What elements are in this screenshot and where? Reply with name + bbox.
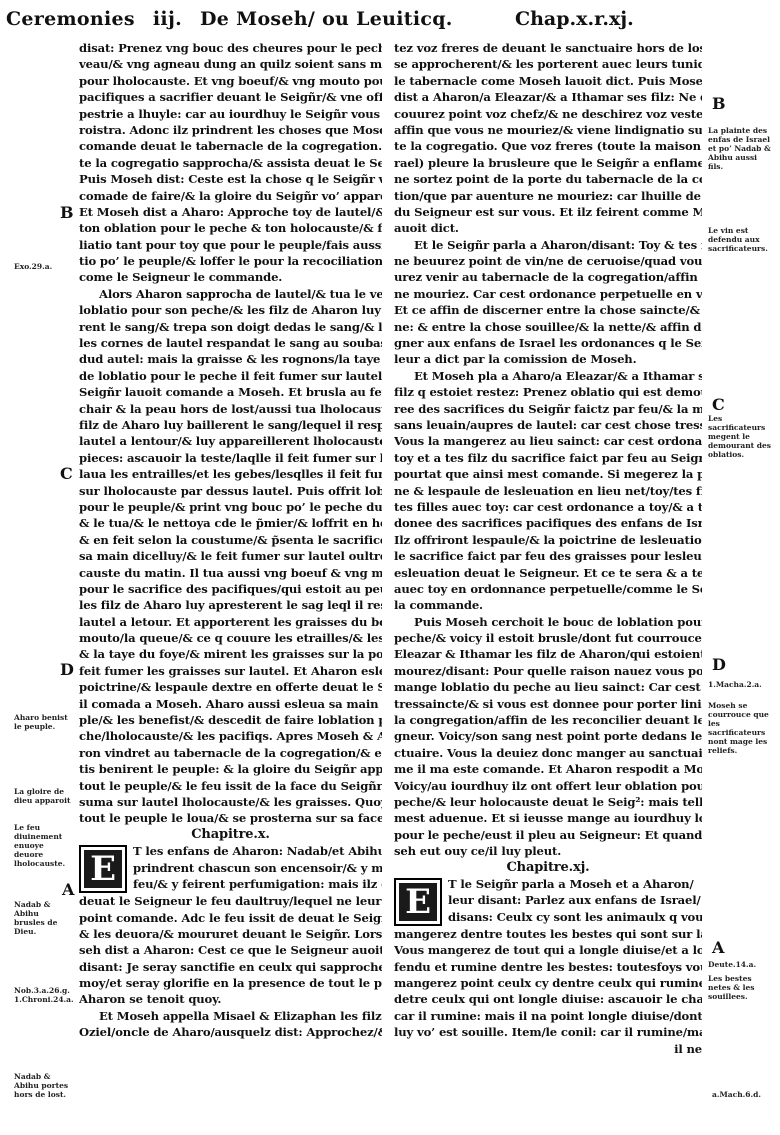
text-line: le tabernacle come Moseh lauoit dict. Pu… — [394, 73, 702, 89]
text-line: filz de Aharo luy baillerent le sang/leq… — [79, 417, 382, 433]
text-line: causte du matin. Il tua aussi vng boeuf … — [79, 565, 382, 581]
text-line: liatio tant pour toy que pour le peuple/… — [79, 237, 382, 253]
text-line: tion/que par auenture ne mouriez: car lh… — [394, 188, 702, 204]
text-line: ree des sacrifices du Seigñr faictz par… — [394, 401, 702, 417]
book-title: Ceremonies — [6, 8, 135, 30]
text-line: tressaincte/& si vous est donnee pour po… — [394, 696, 702, 712]
margin-note-aaron-blesses: Aharo benist le peuple. — [14, 713, 70, 731]
text-line: il comada a Moseh. Aharo aussi esleua sa… — [79, 696, 382, 712]
dropcap-paragraph: ET le Seigñr parla a Moseh et a Aharon/… — [394, 876, 702, 926]
section-marker-a-left: A — [62, 882, 74, 898]
text-line: disant: Je seray sanctifie en ceulx qui … — [79, 959, 382, 975]
margin-note-wine-forbidden: Le vin est defendu aux sacrificateurs. — [708, 226, 774, 253]
text-line: car il rumine: mais il na point longle d… — [394, 1008, 702, 1024]
text-line: Et le Seigñr parla a Aharon/disant: Toy… — [394, 237, 702, 253]
text-line: rent le sang/& trepa son doigt dedas le … — [79, 319, 382, 335]
margin-note-moses-angry: Moseh se courrouce que les sacrificateur… — [708, 701, 774, 755]
chapter-reference: Chap.x.r.xj. — [515, 8, 634, 30]
text-line: lautel a letour. Et apporterent les grai… — [79, 614, 382, 630]
margin-note-glory: La gloire de dieu apparoit — [14, 787, 72, 805]
text-line: sans leuain/aupres de lautel: car cest c… — [394, 417, 702, 433]
left-text-column: disat: Prenez vng bouc des cheures pour … — [79, 40, 382, 1041]
text-line: & en feit selon la coustume/& p̃senta le… — [79, 532, 382, 548]
margin-note-divine-fire: Le feu diuinement enuoye deuore lholocau… — [14, 823, 72, 868]
text-line: mouto/la queue/& ce q couure les etraill… — [79, 630, 382, 646]
text-line: ne: & entre la chose souillee/& la nette… — [394, 319, 702, 335]
decorated-initial-icon: E — [394, 878, 442, 926]
text-line: te la cogregatio. Que voz freres (toute … — [394, 138, 702, 154]
text-line: sa main dicelluy/& le feit fumer sur lau… — [79, 548, 382, 564]
text-line: la congregation/affin de les reconcilier… — [394, 712, 702, 728]
catchword: il ne — [394, 1041, 702, 1057]
section-marker-d-left: D — [60, 662, 74, 678]
text-line: me il ma este comande. Et Aharon respodi… — [394, 761, 702, 777]
text-line: & la taye du foye/& mirent les graisses … — [79, 646, 382, 662]
margin-note-maccabees: 1.Macha.2.a. — [708, 680, 774, 689]
text-line: suma sur lautel lholocauste/& les graiss… — [79, 794, 382, 810]
text-line: toy et a tes filz du sacrifice faict par… — [394, 450, 702, 466]
text-line: luy vo’ est souille. Item/le conil: car … — [394, 1024, 702, 1040]
text-line: peche/& voicy il estoit brusle/dont fut … — [394, 630, 702, 646]
text-line: esleuation deuat le Seigneur. Et ce te s… — [394, 565, 702, 581]
text-line: & le tua/& le nettoya cde le p̃mier/& lo… — [79, 515, 382, 531]
dropcap-paragraph: ET les enfans de Aharon: Nadab/et Abihup… — [79, 843, 382, 893]
text-line: feu/& y feirent perfumigation: mais ilz … — [133, 876, 382, 892]
text-line: Puis Moseh cerchoit le bouc de loblation… — [394, 614, 702, 630]
text-line: Et Moseh pla a Aharo/a Eleazar/& a Itham… — [394, 368, 702, 384]
text-line: chair & la peau hors de lost/aussi tua l… — [79, 401, 382, 417]
text-line: pourtat que ainsi mest comande. Si meger… — [394, 466, 702, 482]
margin-note-maccabees-2: a.Mach.6.d. — [712, 1090, 772, 1099]
text-line: les cornes de lautel respandat le sang a… — [79, 335, 382, 351]
text-line: ne beuurez point de vin/ne de ceruoise/q… — [394, 253, 702, 269]
section-marker-d-right: D — [712, 657, 726, 673]
text-line: Ilz offriront lespaule/& la poictrine de… — [394, 532, 702, 548]
text-line: Et ce affin de discerner entre la chose … — [394, 302, 702, 318]
text-line: peche/& leur holocauste deuat le Seig²: … — [394, 794, 702, 810]
section-marker-c-right: C — [712, 397, 725, 413]
text-line: te la cogregatio sapprocha/& assista deu… — [79, 155, 382, 171]
text-line: leur disant: Parlez aux enfans de Israel… — [448, 892, 702, 908]
text-line: tout le peuple/& le feu issit de la face… — [79, 778, 382, 794]
text-line: Et Moseh appella Misael & Elizaphan les … — [79, 1008, 382, 1024]
text-line: mange loblatio du peche au lieu sainct: … — [394, 679, 702, 695]
text-line: pour le peche/eust il pleu au Seigneur: … — [394, 827, 702, 843]
text-line: point comande. Adc le feu issit de deuat… — [79, 910, 382, 926]
margin-note-deuteronomy: Deute.14.a. — [708, 960, 774, 969]
text-line: detre ceulx qui ont longle diuise: ascau… — [394, 991, 702, 1007]
text-line: Puis Moseh dist: Ceste est la chose q le… — [79, 171, 382, 187]
text-line: Alors Aharon sapprocha de lautel/& tua l… — [79, 286, 382, 302]
text-line: auec toy en ordonnance perpetuelle/comme… — [394, 581, 702, 597]
text-line: filz q estoiet restez: Prenez oblatio qu… — [394, 384, 702, 400]
text-line: dist a Aharon/a Eleazar/& a Ithamar ses … — [394, 89, 702, 105]
text-line: fendu et rumine dentre les bestes: toute… — [394, 959, 702, 975]
text-line: les filz de Aharo luy apresterent le sag… — [79, 597, 382, 613]
text-line: che/lholocauste/& les pacifiqs. Apres Mo… — [79, 728, 382, 744]
text-line: pour lholocauste. Et vng boeuf/& vng mou… — [79, 73, 382, 89]
book-number: iij. — [153, 8, 182, 30]
text-line: Oziel/oncle de Aharo/ausquelz dist: Appr… — [79, 1024, 382, 1040]
text-line: la commande. — [394, 597, 702, 613]
text-line: & les deuora/& moururet deuant le Seigñ… — [79, 926, 382, 942]
section-marker-a-right: A — [712, 940, 724, 956]
text-line: laua les entrailles/et les gebes/lesqlle… — [79, 466, 382, 482]
text-line: Eleazar & Ithamar les filz de Aharon/qui… — [394, 646, 702, 662]
text-line: lautel a lentour/& luy appareillerent lh… — [79, 433, 382, 449]
text-line: ron vindret au tabernacle de la cogregat… — [79, 745, 382, 761]
margin-note-priests-eat: Les sacrificateurs megent le demourant d… — [708, 414, 774, 459]
text-line: Vous mangerez de tout qui a longle diuis… — [394, 942, 702, 958]
text-line: sur lholocauste par dessus lautel. Puis … — [79, 483, 382, 499]
text-line: gner aux enfans de Israel les ordonances… — [394, 335, 702, 351]
text-line: pestrie a lhuyle: car au iourdhuy le Sei… — [79, 106, 382, 122]
margin-note-cross-reference: Nob.3.a.26.g. 1.Chroni.24.a. — [14, 986, 76, 1004]
margin-note-lamentation: La plainte des enfas de Israel et po’ Na… — [708, 126, 774, 171]
text-line: feit fumer les graisses sur lautel. Et A… — [79, 663, 382, 679]
text-line: disat: Prenez vng bouc des cheures pour … — [79, 40, 382, 56]
text-line: Seigñr lauoit comande a Moseh. Et brusl… — [79, 384, 382, 400]
text-line: Voicy/au iourdhuy ilz ont offert leur ob… — [394, 778, 702, 794]
text-line: mourez/disant: Pour quelle raison nauez … — [394, 663, 702, 679]
text-line: rael) pleure la brusleure que le Seigñr… — [394, 155, 702, 171]
decorated-initial-icon: E — [79, 845, 127, 893]
text-line: pour le peuple/& print vng bouc po’ le p… — [79, 499, 382, 515]
text-line: tis benirent le peuple: & la gloire du S… — [79, 761, 382, 777]
text-line: mangerez dentre toutes les bestes qui so… — [394, 926, 702, 942]
text-line: come le Seigneur le commande. — [79, 269, 382, 285]
text-line: ne & lespaule de lesleuation en lieu net… — [394, 483, 702, 499]
text-line: seh eut ouy ce/il luy pleut. — [394, 843, 702, 859]
chapter-heading: Chapitre.xj. — [394, 860, 702, 876]
text-line: se approcherent/& les porterent auec leu… — [394, 56, 702, 72]
text-line: leur a dict par la comission de Moseh. — [394, 351, 702, 367]
text-line: Et Moseh dist a Aharo: Approche toy de l… — [79, 204, 382, 220]
text-line: affin que vous ne mouriez/& viene lindig… — [394, 122, 702, 138]
text-line: auoit dict. — [394, 220, 702, 236]
text-line: ne mouriez. Car cest ordonance perpetuel… — [394, 286, 702, 302]
text-line: loblatio pour son peche/& les filz de Ah… — [79, 302, 382, 318]
text-line: Vous la mangerez au lieu sainct: car ces… — [394, 433, 702, 449]
text-line: tez voz freres de deuant le sanctuaire h… — [394, 40, 702, 56]
text-line: dud autel: mais la graisse & les rognons… — [79, 351, 382, 367]
text-line: moy/et seray glorifie en la presence de … — [79, 975, 382, 991]
book-subtitle: De Moseh/ ou Leuiticq. — [200, 8, 453, 30]
section-marker-c-left: C — [60, 466, 73, 482]
text-line: ton oblation pour le peche & ton holocau… — [79, 220, 382, 236]
text-line: T les enfans de Aharon: Nadab/et Abihu — [133, 843, 382, 859]
running-header: Ceremoniesiij.De Moseh/ ou Leuiticq. Cha… — [0, 0, 780, 40]
text-line: T le Seigñr parla a Moseh et a Aharon/ — [448, 876, 702, 892]
text-line: tes filles auec toy: car cest ordonance … — [394, 499, 702, 515]
section-marker-b-right: B — [712, 96, 726, 112]
right-text-column: tez voz freres de deuant le sanctuaire h… — [394, 40, 702, 1057]
text-line: prindrent chascun son encensoir/& y mire… — [133, 860, 382, 876]
text-line: tout le peuple le loua/& se prosterna su… — [79, 810, 382, 826]
text-line: ctuaire. Vous la deuiez donc manger au s… — [394, 745, 702, 761]
section-marker-b-left: B — [60, 205, 74, 221]
text-line: ple/& les benefist/& descedit de faire l… — [79, 712, 382, 728]
text-line: pieces: ascauoir la teste/laqlle il feit… — [79, 450, 382, 466]
text-line: poictrine/& lespaule dextre en offerte d… — [79, 679, 382, 695]
text-line: le sacrifice faict par feu des graisses … — [394, 548, 702, 564]
margin-note-exodus: Exo.29.a. — [14, 262, 64, 271]
text-line: pour le sacrifice des pacifiques/qui est… — [79, 581, 382, 597]
text-line: deuat le Seigneur le feu daultruy/lequel… — [79, 893, 382, 909]
text-line: donee des sacrifices pacifiques des enfa… — [394, 515, 702, 531]
text-line: Aharon se tenoit quoy. — [79, 991, 382, 1007]
margin-note-clean-unclean: Les bestes netes & les souillees. — [708, 974, 774, 1001]
text-line: du Seigneur est sur vous. Et ilz feirent… — [394, 204, 702, 220]
text-line: gneur. Voicy/son sang nest point porte d… — [394, 728, 702, 744]
text-line: de loblatio pour le peche il feit fumer … — [79, 368, 382, 384]
text-line: comande deuat le tabernacle de la cogreg… — [79, 138, 382, 154]
text-line: urez venir au tabernacle de la cogregati… — [394, 269, 702, 285]
text-line: veau/& vng agneau dung an quilz soient s… — [79, 56, 382, 72]
text-line: mangerez point ceulx cy dentre ceulx qui… — [394, 975, 702, 991]
text-line: comade de faire/& la gloire du Seigñr v… — [79, 188, 382, 204]
text-line: ne sortez point de la porte du tabernacl… — [394, 171, 702, 187]
text-line: tio po’ le peuple/& loffer le pour la re… — [79, 253, 382, 269]
text-line: seh dist a Aharon: Cest ce que le Seigne… — [79, 942, 382, 958]
text-line: pacifiques a sacrifier deuant le Seigñr… — [79, 89, 382, 105]
running-title: Ceremoniesiij.De Moseh/ ou Leuiticq. — [6, 8, 453, 30]
chapter-heading: Chapitre.x. — [79, 827, 382, 843]
text-line: mest aduenue. Et si ieusse mange au iour… — [394, 810, 702, 826]
margin-note-nadab-burned: Nadab & Abihu brusles de Dieu. — [14, 900, 72, 936]
text-line: roistra. Adonc ilz prindrent les choses … — [79, 122, 382, 138]
margin-note-carried-out: Nadab & Abihu portes hors de lost. — [14, 1072, 72, 1099]
text-line: couurez point voz chefz/& ne deschirez v… — [394, 106, 702, 122]
text-line: disans: Ceulx cy sont les animaulx q vou… — [448, 909, 702, 925]
